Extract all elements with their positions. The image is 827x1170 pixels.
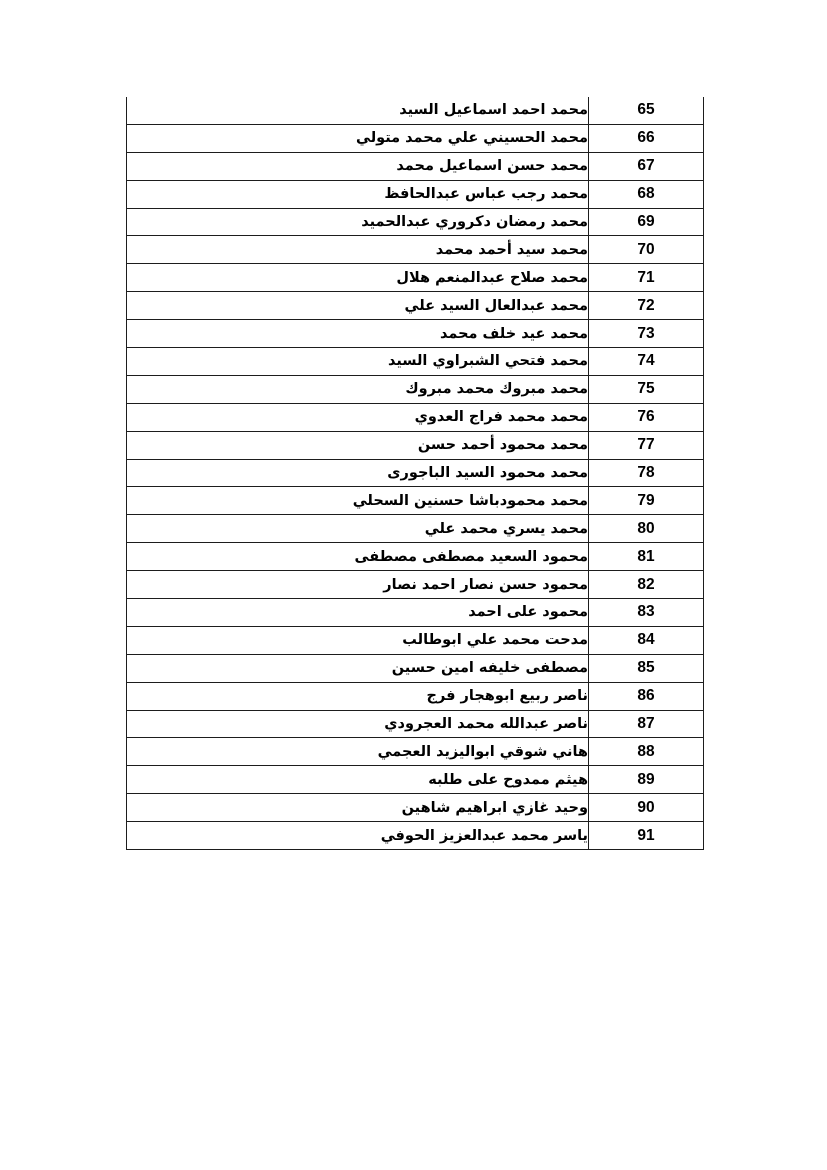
person-name-cell: وحيد غازي ابراهيم شاهين <box>127 794 589 822</box>
person-name-cell: ناصر عبدالله محمد العجرودي <box>127 710 589 738</box>
person-name-cell: محمود السعيد مصطفى مصطفى <box>127 543 589 571</box>
table-row: محمد يسري محمد علي80 <box>127 515 704 543</box>
table-row: محمد الحسيني علي محمد متولي66 <box>127 124 704 152</box>
serial-number-cell: 88 <box>589 738 704 766</box>
person-name-cell: محمد الحسيني علي محمد متولي <box>127 124 589 152</box>
serial-number-cell: 68 <box>589 180 704 208</box>
serial-number-cell: 90 <box>589 794 704 822</box>
table-row: هاني شوقي ابواليزيد العجمي88 <box>127 738 704 766</box>
serial-number-cell: 82 <box>589 571 704 599</box>
table-row: هيثم ممدوح على طلبه89 <box>127 766 704 794</box>
table-row: محمد محمد فراج العدوي76 <box>127 403 704 431</box>
serial-number-cell: 77 <box>589 431 704 459</box>
person-name-cell: محمود حسن نصار احمد نصار <box>127 571 589 599</box>
serial-number-cell: 74 <box>589 348 704 376</box>
serial-number-cell: 72 <box>589 292 704 320</box>
table-row: مدحت محمد علي ابوطالب84 <box>127 626 704 654</box>
table-row: محمد رمضان دكروري عبدالحميد69 <box>127 208 704 236</box>
serial-number-cell: 78 <box>589 459 704 487</box>
serial-number-cell: 66 <box>589 124 704 152</box>
names-table-body: محمد احمد اسماعيل السيد65محمد الحسيني عل… <box>127 97 704 850</box>
serial-number-cell: 91 <box>589 822 704 850</box>
person-name-cell: ناصر ربيع ابوهجار فرج <box>127 682 589 710</box>
person-name-cell: محمد رمضان دكروري عبدالحميد <box>127 208 589 236</box>
table-row: محمد محمود أحمد حسن77 <box>127 431 704 459</box>
serial-number-cell: 86 <box>589 682 704 710</box>
serial-number-cell: 69 <box>589 208 704 236</box>
serial-number-cell: 80 <box>589 515 704 543</box>
serial-number-cell: 84 <box>589 626 704 654</box>
serial-number-cell: 67 <box>589 152 704 180</box>
serial-number-cell: 89 <box>589 766 704 794</box>
table-row: محمد عيد خلف محمد73 <box>127 320 704 348</box>
person-name-cell: محمد فتحي الشبراوي السيد <box>127 348 589 376</box>
serial-number-cell: 85 <box>589 654 704 682</box>
serial-number-cell: 81 <box>589 543 704 571</box>
person-name-cell: محمد سيد أحمد محمد <box>127 236 589 264</box>
table-row: محمد حسن اسماعيل محمد67 <box>127 152 704 180</box>
table-row: محمد صلاح عبدالمنعم هلال71 <box>127 264 704 292</box>
person-name-cell: محمد عبدالعال السيد علي <box>127 292 589 320</box>
person-name-cell: مصطفى خليفه امين حسين <box>127 654 589 682</box>
table-row: محمد محمود السيد الباجورى78 <box>127 459 704 487</box>
person-name-cell: محمد مبروك محمد مبروك <box>127 375 589 403</box>
table-row: محمد مبروك محمد مبروك75 <box>127 375 704 403</box>
names-table: محمد احمد اسماعيل السيد65محمد الحسيني عل… <box>126 97 704 850</box>
person-name-cell: محمود على احمد <box>127 599 589 627</box>
table-row: مصطفى خليفه امين حسين85 <box>127 654 704 682</box>
table-row: محمد رجب عباس عبدالحافظ68 <box>127 180 704 208</box>
person-name-cell: محمد احمد اسماعيل السيد <box>127 97 589 124</box>
serial-number-cell: 75 <box>589 375 704 403</box>
table-row: ناصر ربيع ابوهجار فرج86 <box>127 682 704 710</box>
table-row: محمد عبدالعال السيد علي72 <box>127 292 704 320</box>
serial-number-cell: 87 <box>589 710 704 738</box>
person-name-cell: محمد محمود السيد الباجورى <box>127 459 589 487</box>
serial-number-cell: 83 <box>589 599 704 627</box>
table-row: محمود السعيد مصطفى مصطفى81 <box>127 543 704 571</box>
table-row: ناصر عبدالله محمد العجرودي87 <box>127 710 704 738</box>
person-name-cell: هاني شوقي ابواليزيد العجمي <box>127 738 589 766</box>
person-name-cell: محمد حسن اسماعيل محمد <box>127 152 589 180</box>
person-name-cell: محمد محمود أحمد حسن <box>127 431 589 459</box>
serial-number-cell: 73 <box>589 320 704 348</box>
person-name-cell: محمد محمودباشا حسنين السحلي <box>127 487 589 515</box>
serial-number-cell: 76 <box>589 403 704 431</box>
person-name-cell: مدحت محمد علي ابوطالب <box>127 626 589 654</box>
table-row: محمد فتحي الشبراوي السيد74 <box>127 348 704 376</box>
table-row: محمود حسن نصار احمد نصار82 <box>127 571 704 599</box>
table-row: محمد محمودباشا حسنين السحلي79 <box>127 487 704 515</box>
table-row: ياسر محمد عبدالعزيز الحوفي91 <box>127 822 704 850</box>
table-row: وحيد غازي ابراهيم شاهين90 <box>127 794 704 822</box>
table-row: محمد سيد أحمد محمد70 <box>127 236 704 264</box>
serial-number-cell: 65 <box>589 97 704 124</box>
serial-number-cell: 71 <box>589 264 704 292</box>
serial-number-cell: 70 <box>589 236 704 264</box>
serial-number-cell: 79 <box>589 487 704 515</box>
person-name-cell: محمد يسري محمد علي <box>127 515 589 543</box>
person-name-cell: ياسر محمد عبدالعزيز الحوفي <box>127 822 589 850</box>
person-name-cell: محمد صلاح عبدالمنعم هلال <box>127 264 589 292</box>
person-name-cell: محمد عيد خلف محمد <box>127 320 589 348</box>
table-row: محمود على احمد83 <box>127 599 704 627</box>
document-page: محمد احمد اسماعيل السيد65محمد الحسيني عل… <box>0 0 827 1170</box>
person-name-cell: محمد محمد فراج العدوي <box>127 403 589 431</box>
person-name-cell: هيثم ممدوح على طلبه <box>127 766 589 794</box>
table-row: محمد احمد اسماعيل السيد65 <box>127 97 704 124</box>
person-name-cell: محمد رجب عباس عبدالحافظ <box>127 180 589 208</box>
